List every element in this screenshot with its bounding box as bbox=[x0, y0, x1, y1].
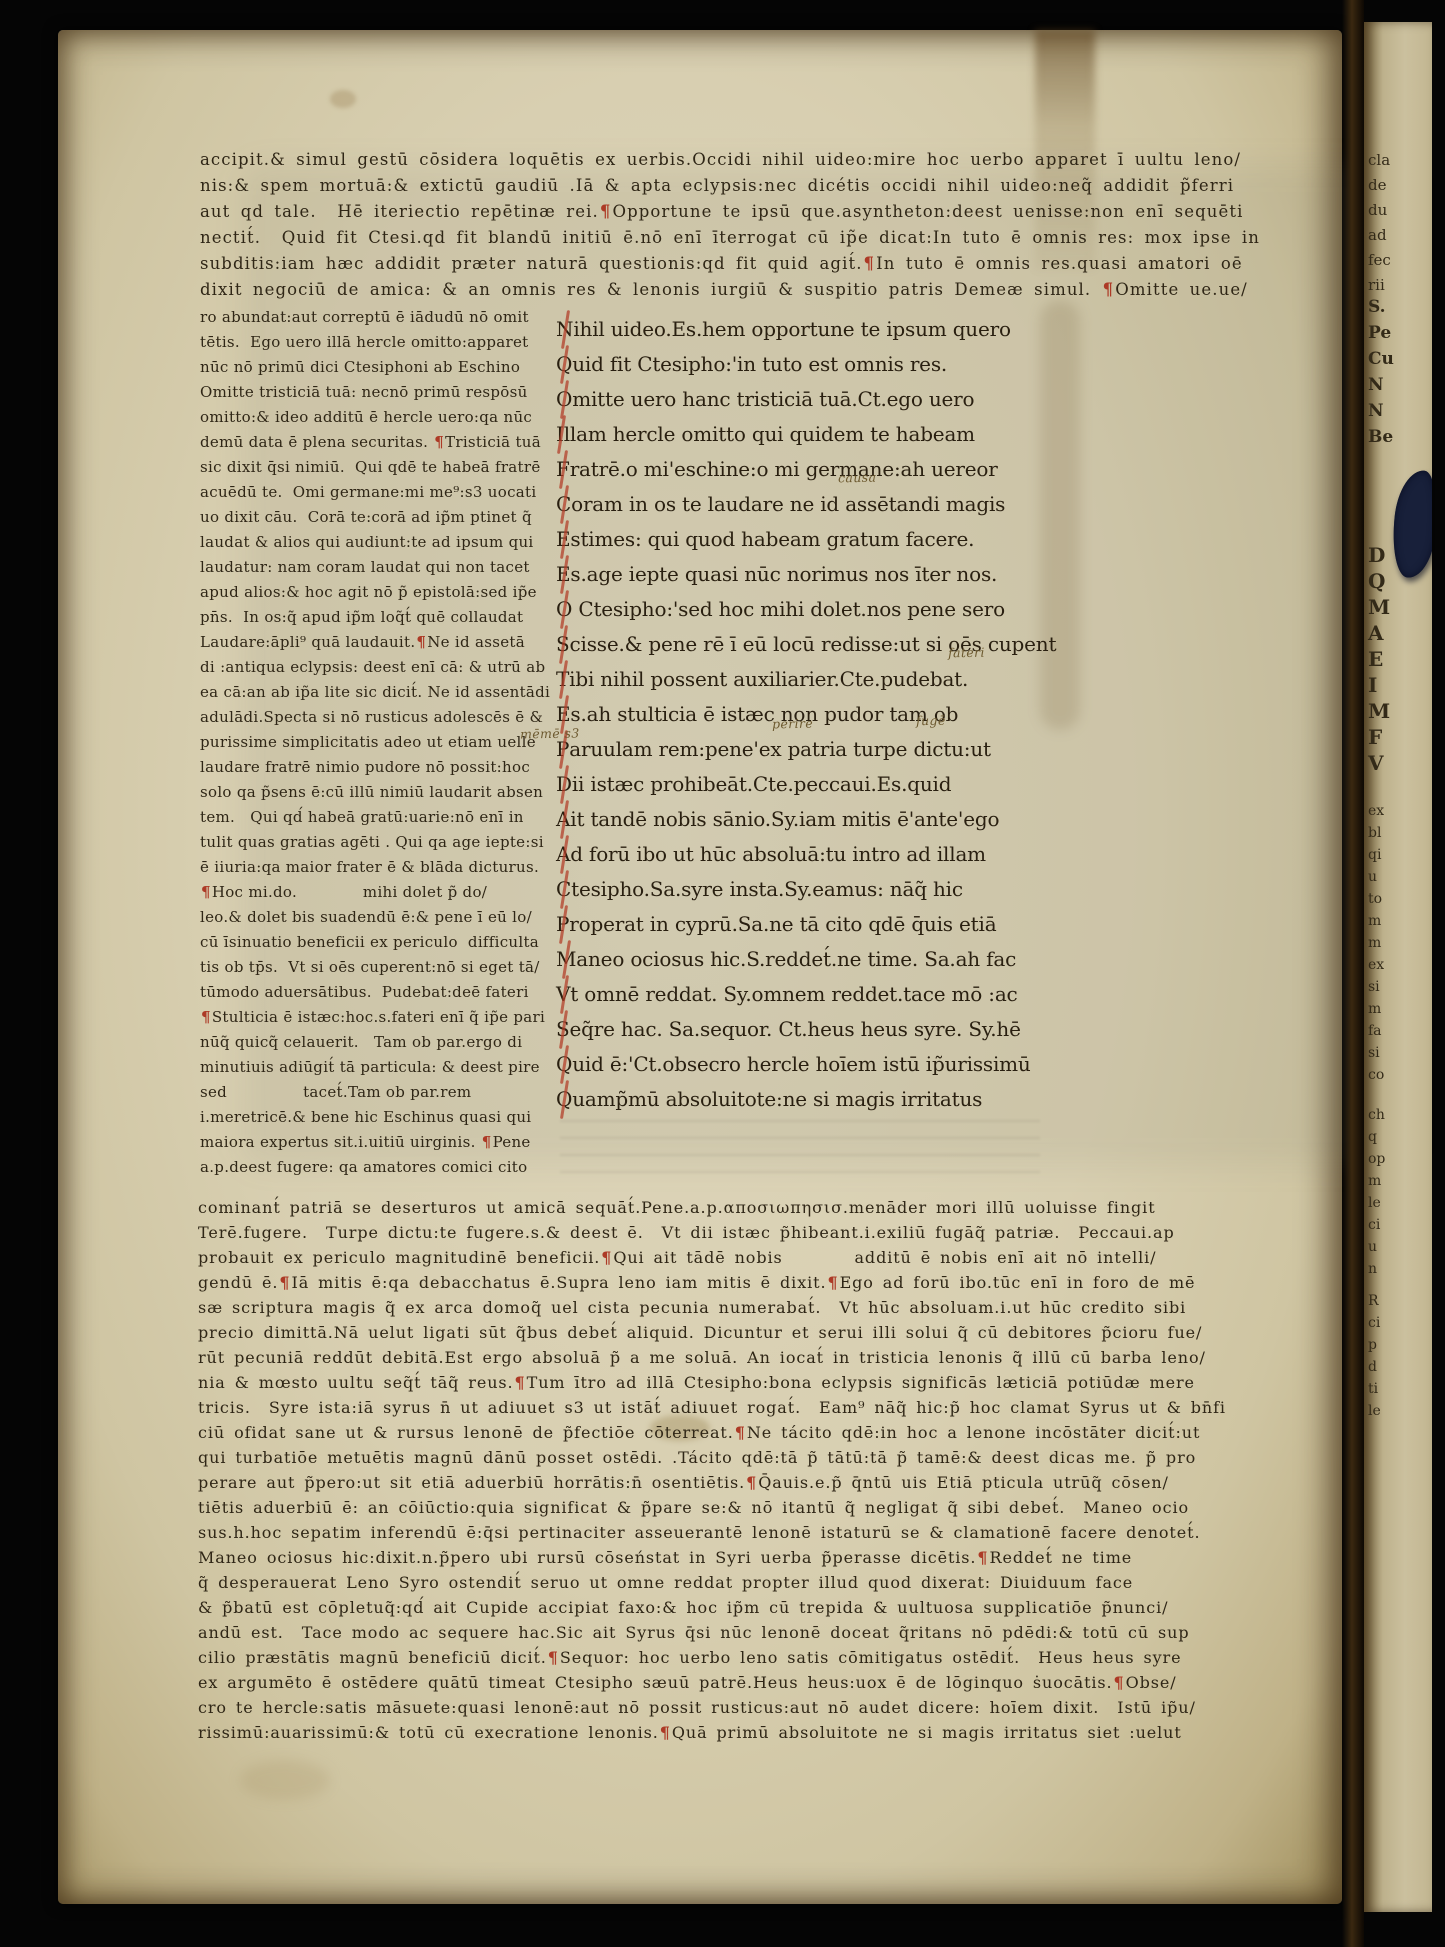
facing-text-fragment: exblqiutommexsimfasico bbox=[1368, 800, 1384, 1086]
commentary-line: ¶Stulticia ē istæc:hoc.s.fateri enī q̃ i… bbox=[200, 1005, 552, 1030]
ink-blot bbox=[1388, 468, 1432, 580]
commentary-line: dixit negociū de amica: & an omnis res &… bbox=[200, 277, 1345, 303]
verse-line: Ctesipho.Sa.syre insta.Sy.eamus: nāq̃ hi… bbox=[556, 872, 1048, 907]
commentary-line: nia & mœsto uultu seq̃t́ tāq̃ reus.¶Tum … bbox=[198, 1370, 1343, 1395]
fragment-line: op bbox=[1368, 1148, 1385, 1170]
commentary-line: di :antiqua eclypsis: deest enī cā: & ut… bbox=[200, 655, 552, 680]
commentary-line: sic dixit q̄si nimiū. Qui qdē te habeā f… bbox=[200, 455, 552, 480]
commentary-line: pn̄s. In os:q̃ apud ip̃m loq̃t́ quē coll… bbox=[200, 605, 552, 630]
fragment-line: N bbox=[1368, 398, 1394, 424]
commentary-line: cro te hercle:satis māsuete:quasi lenonē… bbox=[198, 1695, 1343, 1720]
commentary-line: laudare fratrē nimio pudore nō possit:ho… bbox=[200, 755, 552, 780]
commentary-line: cilio præstātis magnū beneficiū dicit́.¶… bbox=[198, 1645, 1343, 1670]
commentary-line: & p̃batū est cōpletuq̃:qd́ ait Cupide ac… bbox=[198, 1595, 1343, 1620]
verse-line: Properat in cyprū.Sa.ne tā cito qdē q̄ui… bbox=[556, 907, 1048, 942]
verse-line: Es.age iepte quasi nūc norimus nos īter … bbox=[556, 557, 1048, 592]
verse-line: Nihil uideo.Es.hem opportune te ipsum qu… bbox=[556, 312, 1048, 347]
commentary-line: minutiuis adiūgit́ tā particula: & deest… bbox=[200, 1055, 552, 1080]
commentary-line: sus.h.hoc sepatim inferendū ē:q̄si perti… bbox=[198, 1520, 1343, 1545]
fragment-line: si bbox=[1368, 976, 1384, 998]
commentary-line: tētis. Ego uero illā hercle omitto:appar… bbox=[200, 330, 552, 355]
commentary-line: andū est. Tace modo ac sequere hac.Sic a… bbox=[198, 1620, 1343, 1645]
rubricated-initial: P bbox=[556, 907, 569, 942]
commentary-line: tūmodo aduersātibus. Pudebat:deē fateri bbox=[200, 980, 552, 1005]
pilcrow-mark: ¶ bbox=[200, 1008, 212, 1026]
pilcrow-mark: ¶ bbox=[547, 1648, 560, 1667]
verse-line: Quid fit Ctesipho:'in tuto est omnis res… bbox=[556, 347, 1048, 382]
pilcrow-mark: ¶ bbox=[863, 254, 877, 273]
pilcrow-mark: ¶ bbox=[976, 1548, 989, 1567]
verse-line: Quid ē:'Ct.obsecro hercle hoīem istū ip̃… bbox=[556, 1047, 1048, 1082]
rubricated-initial: N bbox=[556, 312, 573, 347]
fragment-line: ad bbox=[1368, 223, 1391, 248]
facing-text-fragment: S.PeCuNNBe bbox=[1368, 294, 1394, 450]
pilcrow-mark: ¶ bbox=[826, 1273, 839, 1292]
pilcrow-mark: ¶ bbox=[433, 433, 445, 451]
rubricated-initial: F bbox=[556, 452, 570, 487]
commentary-line: subditis:iam hæc addidit præter naturā q… bbox=[200, 251, 1345, 277]
commentary-line: Terē.fugere. Turpe dictu:te fugere.s.& d… bbox=[198, 1220, 1343, 1245]
commentary-line: q̃ desperauerat Leno Syro ostendit́ seru… bbox=[198, 1570, 1343, 1595]
rubricated-initial: I bbox=[556, 417, 564, 452]
fragment-line: de bbox=[1368, 173, 1391, 198]
pilcrow-mark: ¶ bbox=[600, 1248, 613, 1267]
commentary-line: Laudare:āpli⁹ quā laudauit.¶Ne id assetā bbox=[200, 630, 552, 655]
pilcrow-mark: ¶ bbox=[734, 1423, 747, 1442]
commentary-line: omitto:& ideo additū ē hercle uero:qa nū… bbox=[200, 405, 552, 430]
interlinear-note: fateri bbox=[948, 645, 985, 661]
commentary-line: demū data ē plena securitas. ¶Tristiciā … bbox=[200, 430, 552, 455]
fragment-line: le bbox=[1368, 1192, 1385, 1214]
verse-line: Coram in os te laudare ne id assētandi m… bbox=[556, 487, 1048, 522]
pilcrow-mark: ¶ bbox=[415, 633, 427, 651]
fragment-line: ci bbox=[1368, 1214, 1385, 1236]
pilcrow-mark: ¶ bbox=[278, 1273, 291, 1292]
top-commentary-block: accipit.& simul gestū cōsidera loquētis … bbox=[200, 147, 1345, 303]
commentary-line: a.p.deest fugere: qa amatores comici cit… bbox=[200, 1155, 552, 1180]
commentary-line: maiora expertus sit.i.uitiū uirginis. ¶P… bbox=[200, 1130, 552, 1155]
commentary-line: gendū ē.¶Iā mitis ē:qa debacchatus ē.Sup… bbox=[198, 1270, 1343, 1295]
pilcrow-mark: ¶ bbox=[1102, 280, 1116, 299]
fragment-line: ex bbox=[1368, 800, 1384, 822]
commentary-line: cū īsinuatio beneficii ex periculo diffi… bbox=[200, 930, 552, 955]
commentary-line: tricis. Syre ista:iā syrus n̄ ut adiuuet… bbox=[198, 1395, 1343, 1420]
fragment-line: qi bbox=[1368, 844, 1384, 866]
verse-line: Tibi nihil possent auxiliarier.Cte.pudeb… bbox=[556, 662, 1048, 697]
commentary-line: laudat & alios qui audiunt:te ad ipsum q… bbox=[200, 530, 552, 555]
fragment-line: le bbox=[1368, 1400, 1381, 1422]
verse-line: Quamp̃mū absoluitote:ne si magis irritat… bbox=[556, 1082, 1048, 1117]
pilcrow-mark: ¶ bbox=[514, 1373, 527, 1392]
commentary-line: tis ob tp̄s. Vt si oēs cuperent:nō si eg… bbox=[200, 955, 552, 980]
commentary-line: i.meretricē.& bene hic Eschinus quasi qu… bbox=[200, 1105, 552, 1130]
rubricated-initial: S bbox=[556, 627, 570, 662]
rubricated-initial: Q bbox=[556, 1082, 572, 1117]
fragment-line: Be bbox=[1368, 424, 1394, 450]
verse-line: Ad forū ibo ut hūc absoluā:tu intro ad i… bbox=[556, 837, 1048, 872]
commentary-line: ¶Hoc mi.do. mihi dolet p̃ do/ bbox=[200, 880, 552, 905]
rubricated-initial: D bbox=[556, 767, 572, 802]
fragment-line: u bbox=[1368, 1236, 1385, 1258]
commentary-line: ex argumēto ē ostēdere quātū timeat Ctes… bbox=[198, 1670, 1343, 1695]
verse-line: Omitte uero hanc tristiciā tuā.Ct.ego ue… bbox=[556, 382, 1048, 417]
gutter-shadow bbox=[1342, 0, 1364, 1947]
pilcrow-mark: ¶ bbox=[659, 1723, 672, 1742]
fragment-line: D bbox=[1368, 542, 1390, 568]
verse-column: Nihil uideo.Es.hem opportune te ipsum qu… bbox=[556, 312, 1048, 1117]
commentary-line: solo qa p̃sens ē:cū illū nimiū laudarit … bbox=[200, 780, 552, 805]
fragment-line: p bbox=[1368, 1334, 1381, 1356]
fragment-line: E bbox=[1368, 646, 1390, 672]
fragment-line: m bbox=[1368, 932, 1384, 954]
fragment-line: Cu bbox=[1368, 346, 1394, 372]
commentary-line: ciū ofidat sane ut & rursus lenonē de p̃… bbox=[198, 1420, 1343, 1445]
facing-text-fragment: Rcipdtile bbox=[1368, 1290, 1381, 1422]
fragment-line: to bbox=[1368, 888, 1384, 910]
commentary-line: tem. Qui qd́ habeā gratū:uarie:nō enī in bbox=[200, 805, 552, 830]
verse-line: Vt omnē reddat. Sy.omnem reddet.tace mō … bbox=[556, 977, 1048, 1012]
fragment-line: ex bbox=[1368, 954, 1384, 976]
facing-text-fragment: chqopmleciun bbox=[1368, 1104, 1385, 1280]
book-photograph: accipit.& simul gestū cōsidera loquētis … bbox=[0, 0, 1445, 1947]
commentary-line: rūt pecuniā reddūt debitā.Est ergo absol… bbox=[198, 1345, 1343, 1370]
fragment-line: F bbox=[1368, 724, 1390, 750]
fragment-line: m bbox=[1368, 998, 1384, 1020]
facing-text-fragment: cladeduadfecrii bbox=[1368, 148, 1391, 298]
verse-line: Ait tandē nobis sānio.Sy.iam mitis ē'ant… bbox=[556, 802, 1048, 837]
fragment-line: m bbox=[1368, 910, 1384, 932]
rubricated-initial: A bbox=[556, 802, 570, 837]
rubricated-initial: M bbox=[556, 942, 576, 977]
commentary-line: Maneo ociosus hic:dixit.n.p̃pero ubi rur… bbox=[198, 1545, 1343, 1570]
commentary-line: rissimū:auarissimū:& totū cū execratione… bbox=[198, 1720, 1343, 1745]
commentary-line: purissime simplicitatis adeo ut etiam ue… bbox=[200, 730, 552, 755]
ink-showthrough bbox=[560, 1120, 1040, 1188]
verse-line: Dii istæc prohibeāt.Cte.peccaui.Es.quid bbox=[556, 767, 1048, 802]
fragment-line: ci bbox=[1368, 1312, 1381, 1334]
verse-line: Estimes: qui quod habeam gratum facere. bbox=[556, 522, 1048, 557]
fragment-line: M bbox=[1368, 698, 1390, 724]
rubricated-initial: O bbox=[556, 592, 572, 627]
commentary-line: adulādi.Specta si nō rusticus adolescēs … bbox=[200, 705, 552, 730]
fragment-line: V bbox=[1368, 750, 1390, 776]
commentary-line: probauit ex periculo magnitudinē benefic… bbox=[198, 1245, 1343, 1270]
fragment-line: M bbox=[1368, 594, 1390, 620]
commentary-line: nūc nō primū dici Ctesiphoni ab Eschino bbox=[200, 355, 552, 380]
commentary-line: sæ scriptura magis q̃ ex arca domoq̃ uel… bbox=[198, 1295, 1343, 1320]
fragment-line: N bbox=[1368, 372, 1394, 398]
pilcrow-mark: ¶ bbox=[1113, 1673, 1126, 1692]
rubricated-initial: T bbox=[556, 662, 569, 697]
fragment-line: cla bbox=[1368, 148, 1391, 173]
commentary-line: precio dimittā.Nā uelut ligati sūt q̃bus… bbox=[198, 1320, 1343, 1345]
rubricated-initial: Q bbox=[556, 1047, 572, 1082]
commentary-line: uo dixit cāu. Corā te:corā ad ip̃m ptine… bbox=[200, 505, 552, 530]
fragment-line: q bbox=[1368, 1126, 1385, 1148]
left-commentary-column: ro abundat:aut correptū ē iādudū nō omit… bbox=[200, 305, 552, 1180]
pilcrow-mark: ¶ bbox=[599, 202, 613, 221]
rubricated-initial: V bbox=[556, 977, 570, 1012]
commentary-line: ē iiuria:qa maior frater ē & blāda dictu… bbox=[200, 855, 552, 880]
commentary-line: nectit́. Quid fit Ctesi.qd fit blandū in… bbox=[200, 225, 1345, 251]
rubricated-initial: E bbox=[556, 557, 570, 592]
rubricated-initial: E bbox=[556, 522, 570, 557]
fragment-line: R bbox=[1368, 1290, 1381, 1312]
fragment-line: n bbox=[1368, 1258, 1385, 1280]
verse-line: Fratrē.o mi'eschine:o mi germane:ah uere… bbox=[556, 452, 1048, 487]
commentary-line: perare aut p̃pero:ut sit etiā aduerbiū h… bbox=[198, 1470, 1343, 1495]
fragment-line: u bbox=[1368, 866, 1384, 888]
interlinear-note: causa bbox=[838, 470, 877, 486]
interlinear-note: fugē bbox=[916, 713, 946, 729]
rubricated-initial: O bbox=[556, 382, 572, 417]
commentary-line: leo.& dolet bis suadendū ē:& pene ī eū l… bbox=[200, 905, 552, 930]
fragment-line: fec bbox=[1368, 248, 1391, 273]
fragment-line: m bbox=[1368, 1170, 1385, 1192]
commentary-line: cominant́ patriā se deserturos ut amicā … bbox=[198, 1195, 1343, 1220]
commentary-line: aut qd tale. Hē iteriectio repētinæ rei.… bbox=[200, 199, 1345, 225]
commentary-line: nūq̃ quicq̃ celauerit. Tam ob par.ergo d… bbox=[200, 1030, 552, 1055]
rubricated-initial: C bbox=[556, 487, 571, 522]
fragment-line: ti bbox=[1368, 1378, 1381, 1400]
fragment-line: fa bbox=[1368, 1020, 1384, 1042]
verse-line: O Ctesipho:'sed hoc mihi dolet.nos pene … bbox=[556, 592, 1048, 627]
fragment-line: ch bbox=[1368, 1104, 1385, 1126]
pilcrow-mark: ¶ bbox=[745, 1473, 758, 1492]
verse-line: Paruulam rem:pene'ex patria turpe dictu:… bbox=[556, 732, 1048, 767]
verse-line: Illam hercle omitto qui quidem te habeam bbox=[556, 417, 1048, 452]
rubricated-initial: C bbox=[556, 872, 571, 907]
pilcrow-mark: ¶ bbox=[481, 1133, 493, 1151]
pilcrow-mark: ¶ bbox=[200, 883, 212, 901]
verse-line: Maneo ociosus hic.S.reddet́.ne time. Sa.… bbox=[556, 942, 1048, 977]
commentary-line: Omitte tristiciā tuā: necnō primū respōs… bbox=[200, 380, 552, 405]
fragment-line: du bbox=[1368, 198, 1391, 223]
fragment-line: I bbox=[1368, 672, 1390, 698]
rubricated-initial: Q bbox=[556, 347, 572, 382]
commentary-line: nis:& spem mortuā:& extictū gaudiū .Iā &… bbox=[200, 173, 1345, 199]
fragment-line: co bbox=[1368, 1064, 1384, 1086]
commentary-line: tiētis aduerbiū ē: an cōiūctio:quia sign… bbox=[198, 1495, 1343, 1520]
commentary-line: sed tacet́.Tam ob par.rem bbox=[200, 1080, 552, 1105]
fragment-line: Pe bbox=[1368, 320, 1394, 346]
commentary-line: ro abundat:aut correptū ē iādudū nō omit bbox=[200, 305, 552, 330]
fragment-line: S. bbox=[1368, 294, 1394, 320]
verse-line: Seq̃re hac. Sa.sequor. Ct.heus heus syre… bbox=[556, 1012, 1048, 1047]
facing-page-edge: cladeduadfecrii S.PeCuNNBe DQMAEIMFV exb… bbox=[1364, 22, 1432, 1912]
commentary-line: qui turbatiōe metuētis magnū dānū posset… bbox=[198, 1445, 1343, 1470]
fragment-line: si bbox=[1368, 1042, 1384, 1064]
commentary-line: laudatur: nam coram laudat qui non tacet bbox=[200, 555, 552, 580]
facing-text-fragment: DQMAEIMFV bbox=[1368, 542, 1390, 776]
interlinear-note: mēmē s3 bbox=[520, 725, 580, 741]
commentary-line: tulit quas gratias agēti . Qui qa age ie… bbox=[200, 830, 552, 855]
interlinear-note: perire bbox=[772, 716, 813, 732]
fragment-line: d bbox=[1368, 1356, 1381, 1378]
rubricated-initial: S bbox=[556, 1012, 570, 1047]
commentary-line: ea cā:an ab ip̃a lite sic dicit́. Ne id … bbox=[200, 680, 552, 705]
commentary-line: acuēdū te. Omi germane:mi me⁹:s3 uocati bbox=[200, 480, 552, 505]
fragment-line: bl bbox=[1368, 822, 1384, 844]
commentary-line: accipit.& simul gestū cōsidera loquētis … bbox=[200, 147, 1345, 173]
bottom-commentary-block: cominant́ patriā se deserturos ut amicā … bbox=[198, 1195, 1343, 1745]
fragment-line: Q bbox=[1368, 568, 1390, 594]
commentary-line: apud alios:& hoc agit nō p̃ epistolā:sed… bbox=[200, 580, 552, 605]
rubricated-initial: A bbox=[556, 837, 570, 872]
fragment-line: A bbox=[1368, 620, 1390, 646]
